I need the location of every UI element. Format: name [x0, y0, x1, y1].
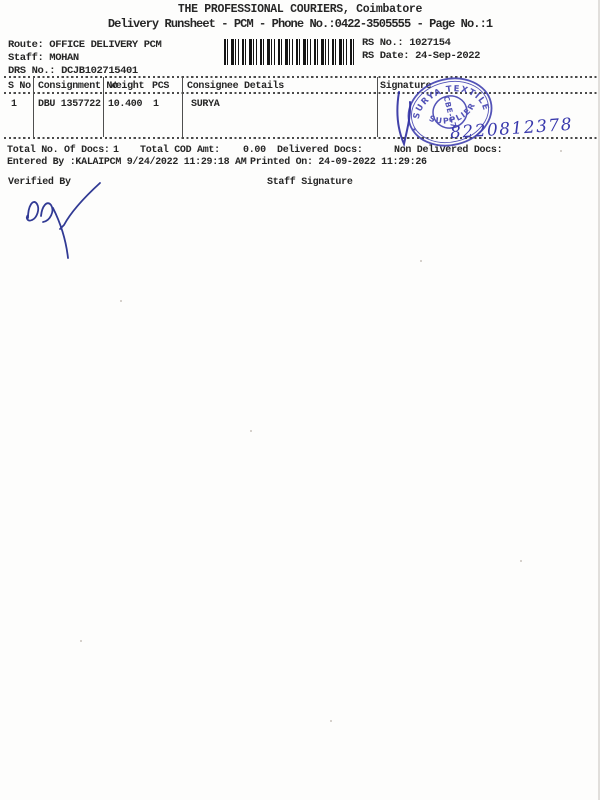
- table-column-divider: [182, 77, 183, 137]
- delivery-runsheet-page: THE PROFESSIONAL COURIERS, Coimbatore De…: [0, 0, 600, 800]
- scan-speck: [560, 150, 562, 152]
- rs-no-line: RS No.: 1027154: [362, 37, 451, 49]
- company-title: THE PROFESSIONAL COURIERS, Coimbatore: [0, 3, 600, 16]
- barcode: [224, 39, 355, 65]
- col-header-weight: Weight: [110, 81, 144, 92]
- entered-by-line: Entered By :KALAIPCM 9/24/2022 11:29:18 …: [7, 157, 246, 168]
- runsheet-subtitle: Delivery Runsheet - PCM - Phone No.:0422…: [0, 17, 600, 31]
- delivered-docs-label: Delivered Docs:: [277, 145, 363, 156]
- verified-by-signature: [8, 178, 123, 268]
- table-row-pcs: 1: [153, 99, 159, 110]
- cod-amount-label: Total COD Amt:: [140, 145, 220, 156]
- scan-speck: [520, 560, 522, 562]
- col-header-sno: S No: [8, 81, 31, 92]
- table-row-sno: 1: [11, 99, 17, 110]
- scan-speck: [250, 430, 252, 432]
- recipient-signature-stroke: [397, 92, 410, 144]
- table-column-divider: [377, 77, 378, 137]
- total-docs-label: Total No. Of Docs:: [7, 145, 110, 156]
- scan-speck: [420, 260, 422, 262]
- col-header-consignment: Consignment No: [38, 81, 118, 92]
- rs-date-line: RS Date: 24-Sep-2022: [362, 50, 480, 62]
- cod-amount-value: 0.00: [243, 145, 266, 156]
- rubber-stamp: SURYA TEXTILE SUPPLIERS ★ CBE-17: [392, 66, 512, 166]
- staff-signature-label: Staff Signature: [267, 177, 353, 188]
- table-row-weight: 10.400: [108, 99, 142, 110]
- col-header-pcs: PCS: [152, 81, 169, 92]
- scan-speck: [330, 720, 332, 722]
- col-header-consignee: Consignee Details: [187, 81, 284, 92]
- staff-line: Staff: MOHAN: [8, 52, 79, 64]
- scan-speck: [80, 640, 82, 642]
- table-column-divider: [33, 77, 34, 137]
- route-line: Route: OFFICE DELIVERY PCM: [8, 39, 161, 51]
- stamp-star-icon: ★: [411, 126, 418, 135]
- table-row-consignment: DBU 1357722: [38, 99, 101, 110]
- total-docs-value: 1: [113, 145, 119, 156]
- scan-speck: [120, 300, 122, 302]
- table-row-consignee: SURYA: [191, 99, 220, 110]
